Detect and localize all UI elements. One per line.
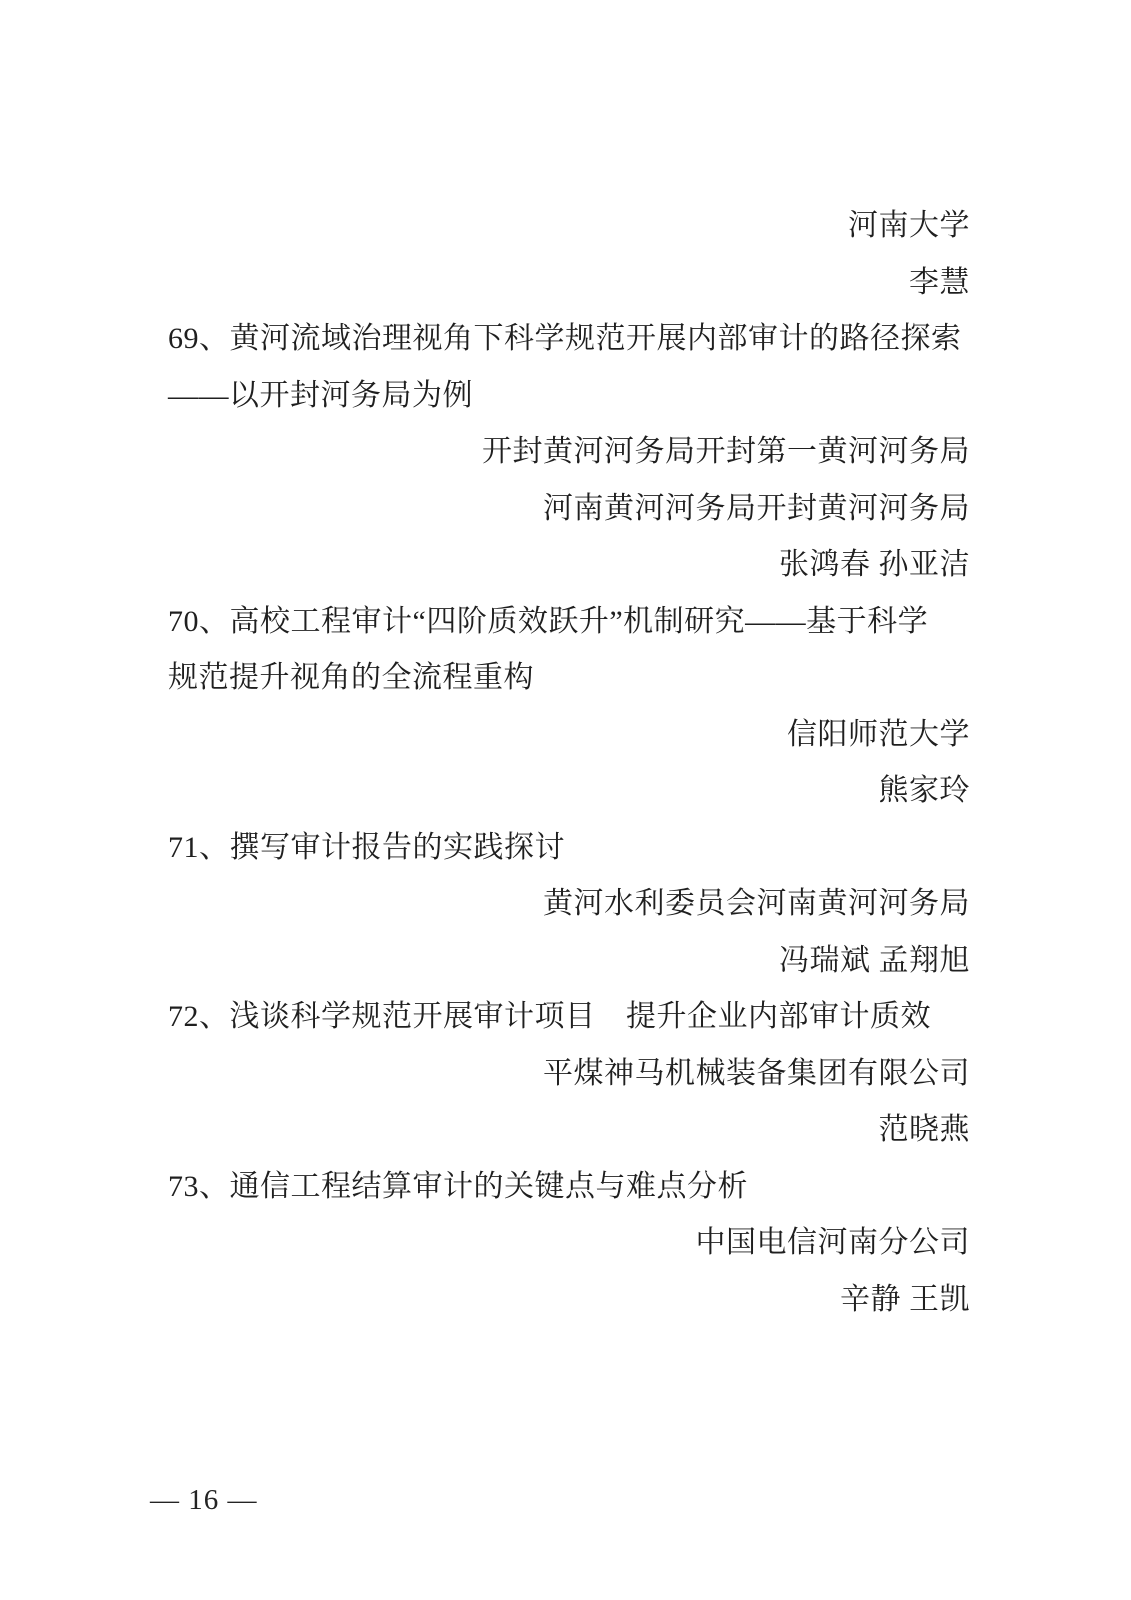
page-number: — 16 — [150, 1484, 258, 1517]
org-line: 黄河水利委员会河南黄河河务局 [168, 876, 970, 933]
author-line: 张鸿春 孙亚洁 [168, 537, 970, 594]
author-line: 范晓燕 [168, 1102, 970, 1159]
title-continuation-line: ——以开封河务局为例 [168, 368, 970, 425]
author-line: 冯瑞斌 孟翔旭 [168, 933, 970, 990]
entry-73: 73、通信工程结算审计的关键点与难点分析 中国电信河南分公司 辛静 王凯 [168, 1159, 970, 1329]
title-continuation-line: 规范提升视角的全流程重构 [168, 650, 970, 707]
org-line: 河南黄河河务局开封黄河河务局 [168, 481, 970, 538]
entry-72: 72、浅谈科学规范开展审计项目 提升企业内部审计质效 平煤神马机械装备集团有限公… [168, 989, 970, 1159]
org-line: 平煤神马机械装备集团有限公司 [168, 1046, 970, 1103]
title-line: 71、撰写审计报告的实践探讨 [168, 820, 970, 877]
entry-69: 69、黄河流域治理视角下科学规范开展内部审计的路径探索 ——以开封河务局为例 开… [168, 311, 970, 594]
entry-68-continuation: 河南大学 李慧 [168, 198, 970, 311]
title-line: 70、高校工程审计“四阶质效跃升”机制研究——基于科学 [168, 594, 970, 651]
title-line: 72、浅谈科学规范开展审计项目 提升企业内部审计质效 [168, 989, 970, 1046]
author-line: 熊家玲 [168, 763, 970, 820]
entries-list: 河南大学 李慧 69、黄河流域治理视角下科学规范开展内部审计的路径探索 ——以开… [168, 198, 970, 1328]
org-line: 中国电信河南分公司 [168, 1215, 970, 1272]
author-line: 辛静 王凯 [168, 1272, 970, 1329]
org-line: 信阳师范大学 [168, 707, 970, 764]
org-line: 开封黄河河务局开封第一黄河河务局 [168, 424, 970, 481]
title-line: 69、黄河流域治理视角下科学规范开展内部审计的路径探索 [168, 311, 970, 368]
document-page: 河南大学 李慧 69、黄河流域治理视角下科学规范开展内部审计的路径探索 ——以开… [0, 0, 1131, 1600]
entry-71: 71、撰写审计报告的实践探讨 黄河水利委员会河南黄河河务局 冯瑞斌 孟翔旭 [168, 820, 970, 990]
title-line: 73、通信工程结算审计的关键点与难点分析 [168, 1159, 970, 1216]
entry-70: 70、高校工程审计“四阶质效跃升”机制研究——基于科学 规范提升视角的全流程重构… [168, 594, 970, 820]
author-line: 李慧 [168, 255, 970, 312]
org-line: 河南大学 [168, 198, 970, 255]
